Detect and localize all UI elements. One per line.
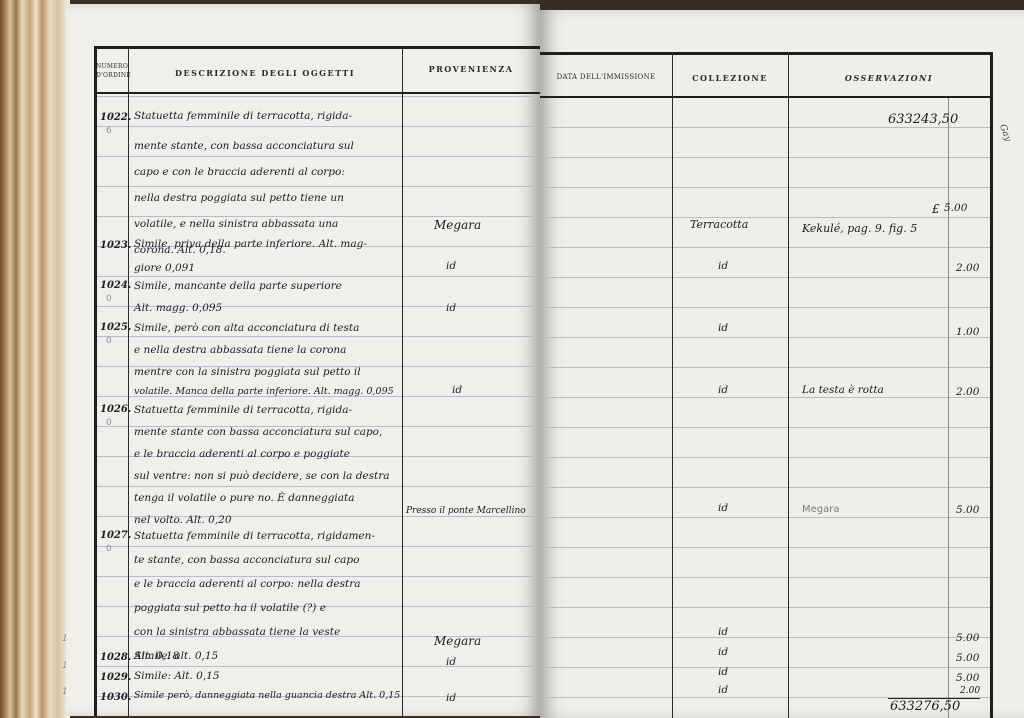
- right-border: [990, 52, 993, 718]
- entry-sub: 6: [106, 126, 112, 136]
- collezione-cell: id: [718, 684, 728, 696]
- header-top-rule: [540, 52, 990, 55]
- entry-number: 1028.: [100, 652, 131, 663]
- value-cell: 5.00: [956, 652, 979, 664]
- entry-line: sul ventre: non si può decidere, se con …: [134, 470, 390, 482]
- value-column-divider: [948, 98, 949, 718]
- value-cell: 2.00: [960, 686, 980, 696]
- right-page: DATA DELL'IMMISSIONE COLLEZIONE OSSERVAZ…: [540, 10, 1024, 718]
- entry-line: volatile, e nella sinistra abbassata una: [134, 218, 338, 230]
- entry-number: 1025.: [100, 322, 131, 333]
- entry-line: mentre con la sinistra poggiata sul pett…: [134, 366, 361, 378]
- entry-line: e le braccia aderenti al corpo: nella de…: [134, 578, 361, 590]
- entry-line: nella destra poggiata sul petto tiene un: [134, 192, 344, 204]
- entry-line: Simile però, danneggiata nella guancia d…: [134, 690, 400, 701]
- provenienza-cell: Presso il ponte Marcellino: [406, 506, 526, 516]
- collezione-cell: id: [718, 260, 728, 272]
- header-osservazioni: OSSERVAZIONI: [788, 73, 990, 83]
- column-divider: [402, 46, 403, 716]
- running-total-bottom: 633276,50: [890, 699, 960, 714]
- provenienza-cell: id: [446, 260, 456, 272]
- entry-line: Statuetta femminile di terracotta, rigid…: [134, 110, 352, 122]
- osservazioni-cell: Megara: [802, 504, 840, 515]
- header-numero-label: NUMERO: [96, 62, 128, 71]
- provenienza-cell: id: [452, 384, 462, 396]
- provenienza-cell: id: [446, 656, 456, 668]
- left-border: [94, 46, 97, 716]
- entry-line: nel volto. Alt. 0,20: [134, 514, 232, 526]
- entry-line: Alt. magg. 0,095: [134, 302, 222, 314]
- running-total-top: 633243,50: [888, 112, 958, 127]
- value-cell: 5.00: [956, 632, 979, 644]
- entry-number: 1023.: [100, 240, 131, 251]
- entry-line: poggiata sul petto ha il volatile (?) e: [134, 602, 326, 614]
- entry-number: 1030.: [100, 692, 131, 703]
- entry-sub: 0: [106, 418, 112, 428]
- entry-line: capo e con le braccia aderenti al corpo:: [134, 166, 345, 178]
- header-numero: NUMERO d'ordine: [96, 62, 128, 80]
- value-cell: 5.00: [956, 504, 979, 516]
- entry-line: volatile. Manca della parte inferiore. A…: [134, 386, 394, 397]
- entry-line: Simile: alt. 0,15: [134, 650, 218, 662]
- entry-number: 1022.: [100, 112, 131, 123]
- value-prefix: £: [932, 202, 940, 216]
- header-bottom-rule: [540, 96, 990, 98]
- header-descrizione: DESCRIZIONE DEGLI OGGETTI: [128, 68, 402, 78]
- entry-sub: 0: [106, 294, 112, 304]
- column-divider: [788, 52, 789, 718]
- osservazioni-cell: La testa è rotta: [802, 384, 884, 396]
- entry-number: 1029.: [100, 672, 131, 683]
- entry-number: 1027.: [100, 530, 131, 541]
- osservazioni-cell: Kekulé, pag. 9. fig. 5: [802, 222, 917, 235]
- header-provenienza: PROVENIENZA: [402, 64, 540, 74]
- collezione-cell: id: [718, 666, 728, 678]
- collezione-cell: id: [718, 384, 728, 396]
- entry-line: Simile, però con alta acconciatura di te…: [134, 322, 359, 334]
- entry-line: mente stante, con bassa acconciatura sul: [134, 140, 354, 152]
- header-top-rule: [94, 46, 540, 49]
- provenienza-cell: id: [446, 692, 456, 704]
- value-cell: 5.00: [956, 672, 979, 684]
- entry-line: Statuetta femminile di terracotta, rigid…: [134, 404, 352, 416]
- header-numero-sub: d'ordine: [96, 71, 128, 80]
- entry-line: mente stante con bassa acconciatura sul …: [134, 426, 382, 438]
- entry-sub: 0: [106, 544, 112, 554]
- provenienza-cell: Megara: [434, 218, 481, 232]
- ruled-lines: [540, 68, 990, 718]
- collezione-cell: id: [718, 322, 728, 334]
- header-data: DATA DELL'IMMISSIONE: [540, 73, 672, 81]
- entry-line: Statuetta femminile di terracotta, rigid…: [134, 530, 375, 542]
- entry-number: 1024.: [100, 280, 131, 291]
- entry-number: 1026.: [100, 404, 131, 415]
- entry-line: giore 0,091: [134, 262, 195, 274]
- entry-line: tenga il volatile o pure no. È danneggia…: [134, 492, 354, 504]
- margin-signature: Gay: [997, 123, 1012, 143]
- entry-sub: 0: [106, 336, 112, 346]
- column-divider: [128, 46, 129, 716]
- entry-line: Simile, mancante della parte superiore: [134, 280, 342, 292]
- header-bottom-rule: [94, 92, 540, 94]
- collezione-cell: Terracotta: [690, 218, 748, 231]
- entry-line: Simile: Alt. 0,15: [134, 670, 220, 682]
- entry-line: te stante, con bassa acconciatura sul ca…: [134, 554, 359, 566]
- collezione-cell: id: [718, 646, 728, 658]
- header-collezione: COLLEZIONE: [672, 73, 788, 83]
- left-page: NUMERO d'ordine DESCRIZIONE DEGLI OGGETT…: [66, 4, 540, 716]
- collezione-cell: id: [718, 502, 728, 514]
- entry-line: con la sinistra abbassata tiene la veste: [134, 626, 340, 638]
- value-cell: 1.00: [956, 326, 979, 338]
- provenienza-cell: Megara: [434, 634, 481, 648]
- value-cell: 2.00: [956, 262, 979, 274]
- provenienza-cell: id: [446, 302, 456, 314]
- value-cell: 2.00: [956, 386, 979, 398]
- ledger-book: 1009 x 1010 x 1011 x 1012 1013 x 1015 x …: [0, 0, 1024, 718]
- collezione-cell: id: [718, 626, 728, 638]
- value-cell: 5.00: [944, 202, 967, 214]
- entry-line: e le braccia aderenti al corpo e poggiat…: [134, 448, 350, 460]
- column-divider: [672, 52, 673, 718]
- entry-line: Simile, priva della parte inferiore. Alt…: [134, 238, 367, 250]
- page-edges: [0, 0, 70, 718]
- entry-line: e nella destra abbassata tiene la corona: [134, 344, 346, 356]
